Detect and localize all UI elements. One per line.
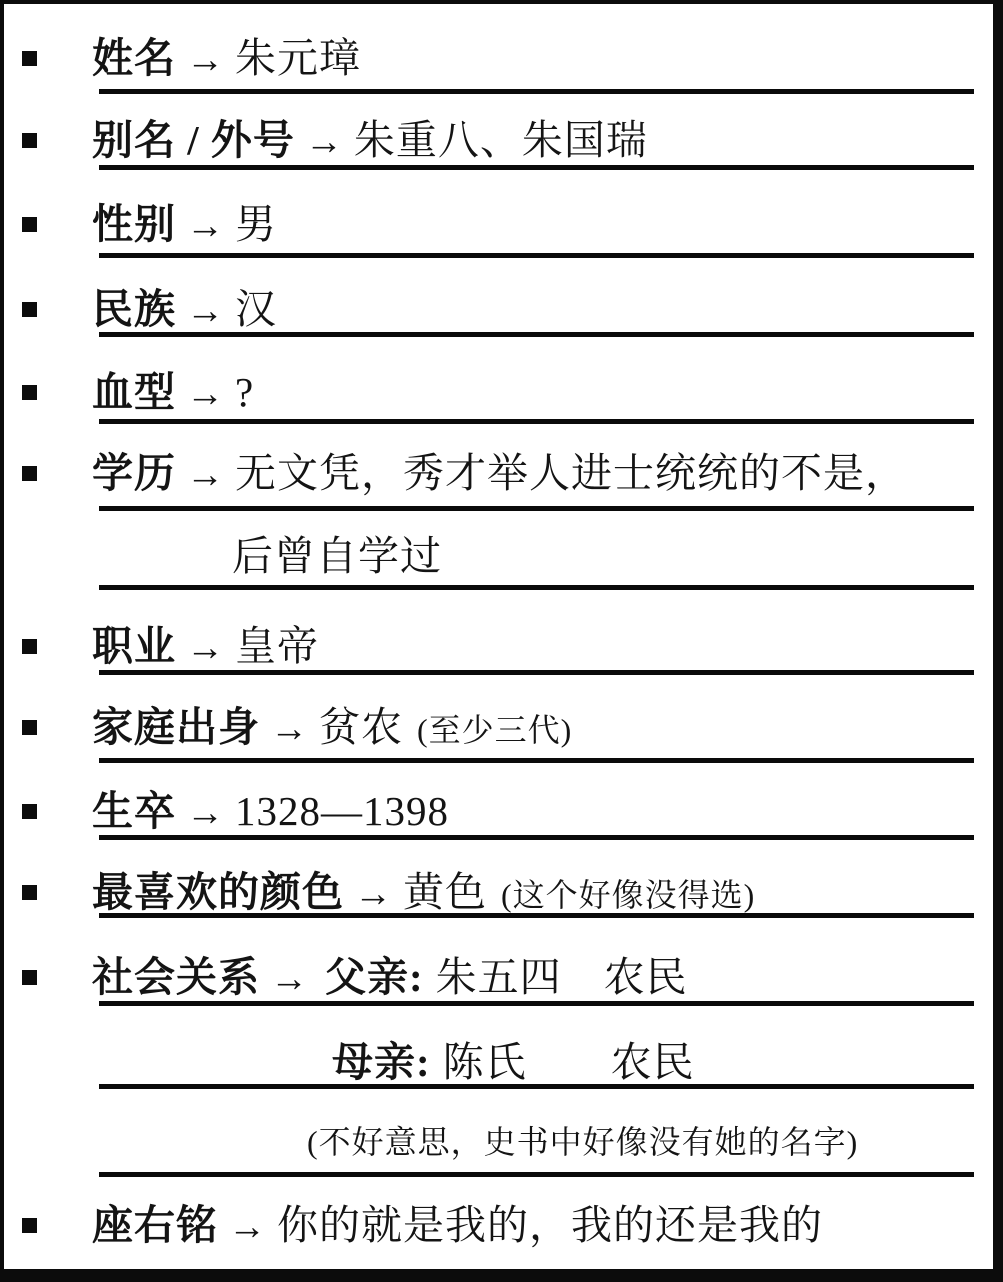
- mother-label: 母亲:: [332, 1039, 431, 1085]
- bullet-square-icon: [22, 804, 37, 819]
- profile-row-ethnicity: 民族→汉: [92, 288, 277, 332]
- profile-row-blood-type: 血型→?: [92, 371, 254, 415]
- field-label: 社会关系: [92, 954, 260, 1000]
- field-label: 姓名: [92, 35, 176, 81]
- profile-row-name: 姓名→朱元璋: [92, 37, 361, 81]
- field-label: 别名 / 外号: [92, 117, 295, 163]
- divider-line: [99, 89, 974, 94]
- divider-line: [99, 758, 974, 763]
- divider-line: [99, 835, 974, 840]
- profile-row-mother-note: (不好意思，史书中好像没有她的名字): [307, 1126, 858, 1160]
- profile-row-education-continued: 后曾自学过: [232, 535, 442, 578]
- bullet-square-icon: [22, 217, 37, 232]
- profile-row-favorite-color: 最喜欢的颜色→黄色(这个好像没得选): [92, 871, 755, 915]
- bullet-square-icon: [22, 466, 37, 481]
- field-value: 黄色: [403, 869, 487, 915]
- bullet-square-icon: [22, 385, 37, 400]
- field-label: 血型: [92, 369, 176, 415]
- bullet-square-icon: [22, 720, 37, 735]
- field-value: ?: [235, 369, 254, 415]
- divider-line: [99, 253, 974, 258]
- field-value: 贫农: [319, 704, 403, 750]
- arrow-right-icon: →: [270, 958, 309, 1000]
- field-label: 家庭出身: [92, 704, 260, 750]
- arrow-right-icon: →: [186, 290, 225, 332]
- field-label: 职业: [92, 623, 176, 669]
- arrow-right-icon: →: [305, 121, 344, 163]
- field-value: 汉: [235, 286, 277, 332]
- profile-row-mother: 母亲:陈氏 农民: [332, 1041, 695, 1084]
- divider-line: [99, 1084, 974, 1089]
- field-label: 座右铭: [92, 1202, 218, 1248]
- field-value: 后曾自学过: [232, 533, 442, 579]
- field-note: (不好意思，史书中好像没有她的名字): [307, 1124, 858, 1160]
- field-value: 你的就是我的，我的还是我的: [277, 1202, 823, 1248]
- arrow-right-icon: →: [186, 627, 225, 669]
- profile-row-occupation: 职业→皇帝: [92, 625, 319, 669]
- arrow-right-icon: →: [186, 205, 225, 247]
- father-label: 父亲:: [325, 954, 424, 1000]
- field-label: 性别: [92, 201, 176, 247]
- arrow-right-icon: →: [270, 708, 309, 750]
- bullet-square-icon: [22, 133, 37, 148]
- field-value: 1328—1398: [235, 788, 449, 834]
- profile-row-family-background: 家庭出身→贫农(至少三代): [92, 706, 572, 750]
- profile-row-social-relations: 社会关系→父亲:朱五四 农民: [92, 956, 688, 1000]
- divider-line: [99, 332, 974, 337]
- field-note: (至少三代): [417, 712, 572, 748]
- field-value: 皇帝: [235, 623, 319, 669]
- field-value: 朱重八、朱国瑞: [354, 117, 648, 163]
- bullet-square-icon: [22, 970, 37, 985]
- bullet-square-icon: [22, 51, 37, 66]
- divider-line: [99, 419, 974, 424]
- bullet-square-icon: [22, 885, 37, 900]
- bullet-square-icon: [22, 1218, 37, 1233]
- arrow-right-icon: →: [354, 873, 393, 915]
- bullet-square-icon: [22, 302, 37, 317]
- profile-row-birth-death: 生卒→1328—1398: [92, 790, 449, 834]
- arrow-right-icon: →: [228, 1206, 267, 1248]
- profile-row-education: 学历→无文凭，秀才举人进士统统的不是，: [92, 452, 907, 496]
- father-value: 朱五四 农民: [436, 954, 688, 1000]
- arrow-right-icon: →: [186, 792, 225, 834]
- divider-line: [99, 506, 974, 511]
- profile-row-gender: 性别→男: [92, 203, 277, 247]
- profile-row-motto: 座右铭→你的就是我的，我的还是我的: [92, 1204, 823, 1248]
- divider-line: [99, 1001, 974, 1006]
- field-label: 最喜欢的颜色: [92, 869, 344, 915]
- field-value: 朱元璋: [235, 35, 361, 81]
- field-value: 无文凭，秀才举人进士统统的不是，: [235, 450, 907, 496]
- divider-line: [99, 1172, 974, 1177]
- book-page-frame: 姓名→朱元璋 别名 / 外号→朱重八、朱国瑞 性别→男 民族→汉 血型→? 学历…: [0, 0, 1003, 1282]
- bullet-square-icon: [22, 639, 37, 654]
- profile-row-alias: 别名 / 外号→朱重八、朱国瑞: [92, 119, 648, 163]
- divider-line: [99, 165, 974, 170]
- arrow-right-icon: →: [186, 373, 225, 415]
- field-label: 民族: [92, 286, 176, 332]
- field-label: 学历: [92, 450, 176, 496]
- mother-value: 陈氏 农民: [443, 1039, 695, 1085]
- field-note: (这个好像没得选): [501, 877, 755, 913]
- field-value: 男: [235, 201, 277, 247]
- arrow-right-icon: →: [186, 39, 225, 81]
- divider-line: [99, 913, 974, 918]
- arrow-right-icon: →: [186, 454, 225, 496]
- divider-line: [99, 585, 974, 590]
- field-label: 生卒: [92, 788, 176, 834]
- divider-line: [99, 670, 974, 675]
